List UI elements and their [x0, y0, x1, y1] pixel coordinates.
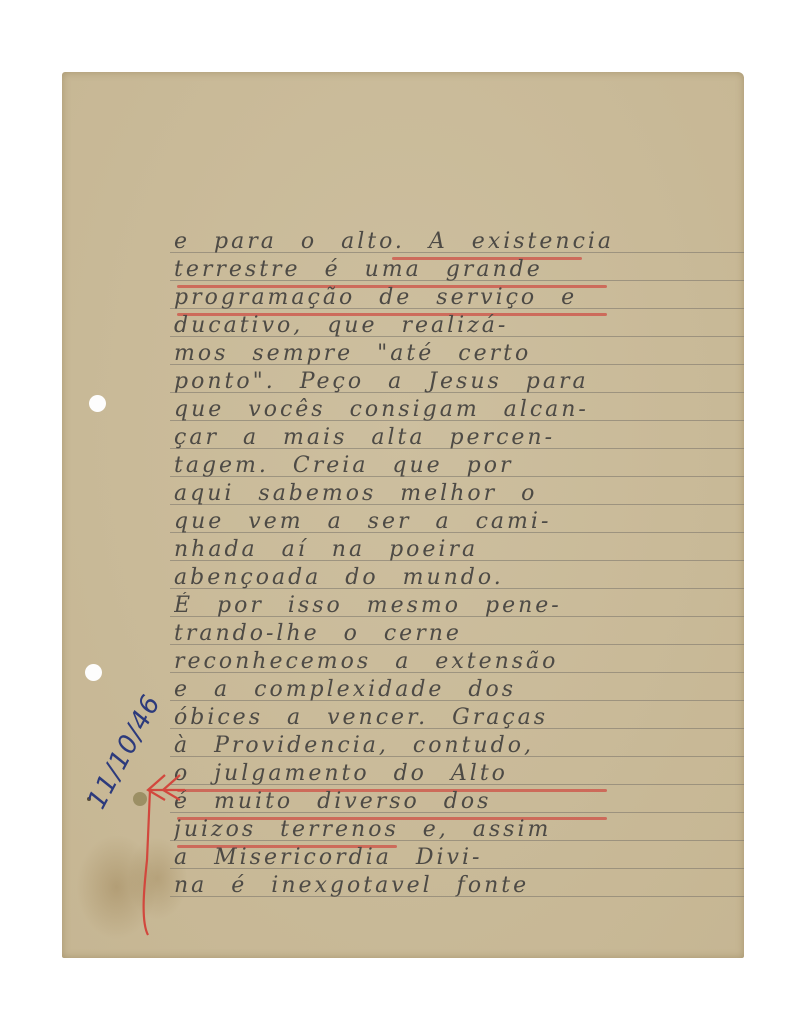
red-bracket-arrow-icon — [0, 0, 806, 1024]
